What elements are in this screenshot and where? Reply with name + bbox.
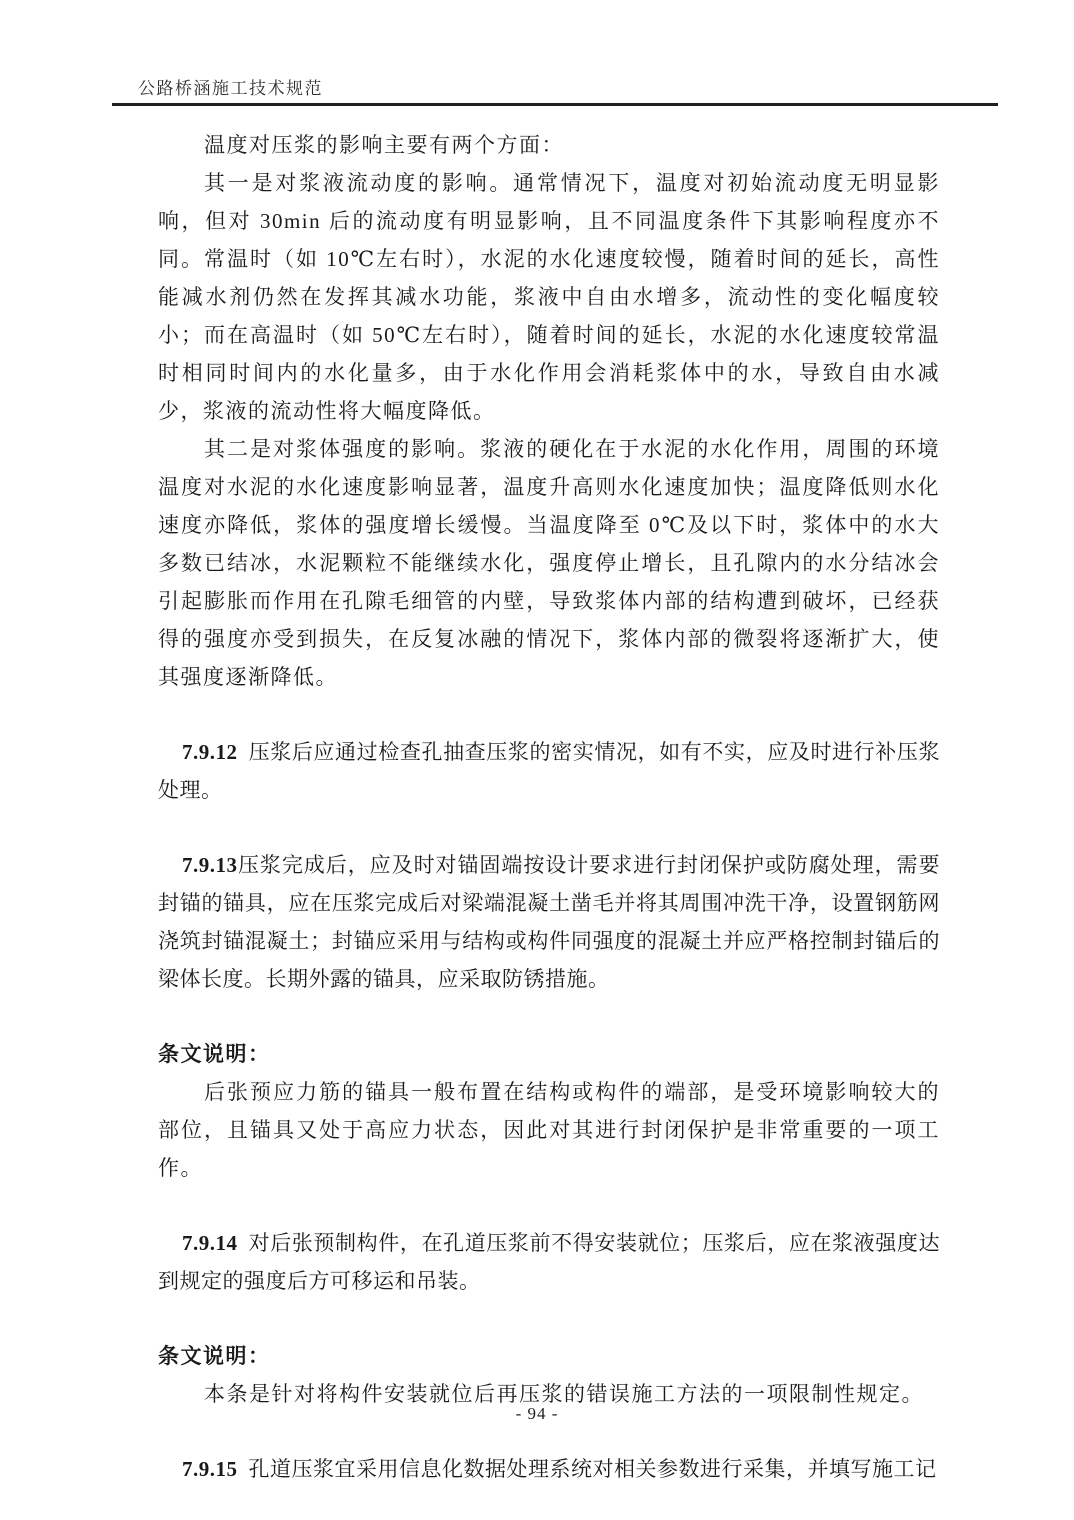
note-heading-1: 条文说明：: [158, 1035, 940, 1073]
running-header: 公路桥涵施工技术规范: [112, 74, 998, 106]
document-body: 温度对压浆的影响主要有两个方面： 其一是对浆液流动度的影响。通常情况下，温度对初…: [158, 126, 940, 1488]
clause-number: 7.9.14: [182, 1231, 238, 1255]
header-rule: [112, 103, 998, 106]
clause-7-9-12: 7.9.12压浆后应通过检查孔抽查压浆的密实情况，如有不实，应及时进行补压浆处理…: [158, 733, 940, 809]
clause-7-9-15: 7.9.15孔道压浆宜采用信息化数据处理系统对相关参数进行采集，并填写施工记: [158, 1450, 940, 1488]
clause-text: 压浆完成后，应及时对锚固端按设计要求进行封闭保护或防腐处理，需要封锚的锚具，应在…: [158, 853, 940, 991]
clause-text: 对后张预制构件，在孔道压浆前不得安装就位；压浆后，应在浆液强度达到规定的强度后方…: [158, 1231, 940, 1293]
commentary-paragraph-flowability: 其一是对浆液流动度的影响。通常情况下，温度对初始流动度无明显影响，但对 30mi…: [158, 164, 940, 430]
note-paragraph-1: 后张预应力筋的锚具一般布置在结构或构件的端部，是受环境影响较大的部位，且锚具又处…: [158, 1073, 940, 1187]
clause-number: 7.9.13: [182, 853, 238, 877]
page-footer: - 94 -: [0, 1404, 1074, 1424]
document-page: 公路桥涵施工技术规范 温度对压浆的影响主要有两个方面： 其一是对浆液流动度的影响…: [0, 0, 1074, 1520]
clause-text: 孔道压浆宜采用信息化数据处理系统对相关参数进行采集，并填写施工记: [249, 1457, 937, 1481]
clause-7-9-13: 7.9.13压浆完成后，应及时对锚固端按设计要求进行封闭保护或防腐处理，需要封锚…: [158, 846, 940, 998]
page-number: - 94 -: [516, 1404, 559, 1423]
clause-number: 7.9.12: [182, 740, 238, 764]
commentary-paragraph-intro: 温度对压浆的影响主要有两个方面：: [158, 126, 940, 164]
clause-number: 7.9.15: [182, 1457, 238, 1481]
running-header-title: 公路桥涵施工技术规范: [112, 74, 998, 103]
commentary-paragraph-strength: 其二是对浆体强度的影响。浆液的硬化在于水泥的水化作用，周围的环境温度对水泥的水化…: [158, 430, 940, 696]
clause-text: 压浆后应通过检查孔抽查压浆的密实情况，如有不实，应及时进行补压浆处理。: [158, 740, 940, 802]
clause-7-9-14: 7.9.14对后张预制构件，在孔道压浆前不得安装就位；压浆后，应在浆液强度达到规…: [158, 1224, 940, 1300]
note-heading-2: 条文说明：: [158, 1337, 940, 1375]
